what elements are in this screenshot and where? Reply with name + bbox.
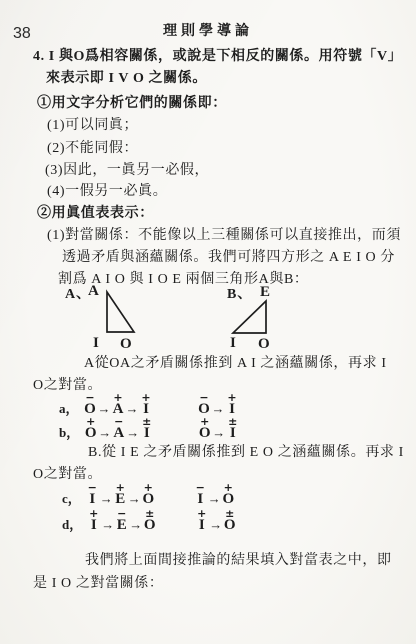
closing-line-2: 是 I O 之對當關係： [33, 574, 163, 593]
truth-term: ±O [223, 510, 236, 533]
truth-term: +I [195, 510, 208, 533]
derivation-b-intro-1: B.從 I E 之矛盾關係推到 E O 之涵蘊關係。再求 I [88, 443, 404, 462]
derivation-row-a: a， −O → +A → +I −O → +I [59, 394, 239, 417]
analysis-item-1: (1)可以同眞； [47, 116, 138, 135]
term-letter: O [199, 425, 211, 441]
term-letter: I [89, 491, 95, 507]
term-letter: I [144, 425, 150, 441]
truth-value-mark: − [196, 484, 205, 491]
triangle-a-left-label: I [93, 335, 99, 351]
term-letter: E [115, 491, 125, 507]
truth-term: ±O [143, 510, 156, 533]
truth-term: +E [114, 484, 127, 507]
arrow-icon: → [209, 517, 222, 533]
triangle-a-apex-label: A [88, 283, 99, 299]
term-letter: O [142, 491, 154, 507]
derivation-row-label: b， [59, 424, 79, 441]
analysis-item-4: (4)一假另一必眞。 [47, 182, 167, 201]
truth-term: ±I [226, 418, 239, 441]
truth-value-mark: ± [228, 418, 237, 425]
derivation-result: +I → ±O [195, 510, 236, 533]
term-letter: I [91, 517, 97, 533]
derivation-row-label: d， [62, 516, 82, 533]
truth-table-heading: ②用眞值表表示： [37, 204, 154, 223]
truth-term: +O [84, 418, 97, 441]
truth-value-mark: + [89, 510, 98, 517]
term-letter: A [113, 425, 124, 441]
arrow-icon: → [126, 425, 139, 441]
truth-value-mark: − [114, 418, 123, 425]
arrow-icon: → [128, 491, 141, 507]
truth-term: −O [84, 394, 97, 417]
derivation-result: +O → ±I [198, 418, 239, 441]
truth-term: ±I [140, 418, 153, 441]
term-letter: O [224, 517, 236, 533]
truth-value-mark: + [144, 484, 153, 491]
derivation-row-b: b， +O → −A → ±I +O → ±I [59, 418, 239, 441]
term-letter: I [197, 491, 203, 507]
running-header-title: 理則學導論 [0, 20, 416, 40]
truth-value-mark: + [113, 394, 122, 401]
arrow-icon: → [129, 517, 142, 533]
term-letter: E [117, 517, 127, 533]
derivation-result: −I → +O [194, 484, 235, 507]
opposition-line-1: (1)對當關係：不能像以上三種關係可以直接推出，而須 [47, 226, 401, 245]
truth-value-mark: + [116, 484, 125, 491]
arrow-icon: → [101, 517, 114, 533]
term-letter: O [85, 425, 97, 441]
triangle-b-shape [233, 301, 266, 333]
derivation-row-d: d， +I → −E → ±O +I → ±O [62, 510, 236, 533]
triangle-b-right-label: O [258, 336, 270, 352]
truth-value-mark: + [200, 418, 209, 425]
term-letter: O [144, 517, 156, 533]
arrow-icon: → [98, 425, 111, 441]
truth-term: −A [112, 418, 125, 441]
arrow-icon: → [100, 491, 113, 507]
intro-line-1: 4. I 與O爲相容關係，或說是下相反的關係。用符號「V」 [33, 47, 402, 66]
truth-value-mark: + [197, 510, 206, 517]
truth-value-mark: − [85, 394, 94, 401]
triangle-a-right-label: O [120, 336, 132, 352]
truth-value-mark: − [117, 510, 126, 517]
truth-term: −I [194, 484, 207, 507]
truth-value-mark: + [86, 418, 95, 425]
truth-value-mark: − [88, 484, 97, 491]
truth-term: +O [198, 418, 211, 441]
truth-term: −O [198, 394, 211, 417]
analysis-item-3: (3)因此，一眞另一必假， [45, 161, 209, 180]
term-letter: I [199, 517, 205, 533]
triangle-b-left-label: I [230, 335, 236, 351]
truth-value-mark: − [199, 394, 208, 401]
truth-value-mark: + [141, 394, 150, 401]
scanned-book-page: 38 理則學導論 4. I 與O爲相容關係，或說是下相反的關係。用符號「V」 來… [0, 0, 416, 644]
truth-value-mark: ± [145, 510, 154, 517]
derivation-row-label: c， [62, 490, 81, 507]
derivation-result: −O → +I [198, 394, 239, 417]
triangle-figure-aio: A I O [80, 278, 144, 352]
arrow-icon: → [212, 401, 225, 417]
arrow-icon: → [212, 425, 225, 441]
truth-term: +O [222, 484, 235, 507]
truth-term: −E [115, 510, 128, 533]
triangle-a-shape [107, 292, 134, 332]
truth-value-mark: ± [142, 418, 151, 425]
opposition-line-2: 透過矛盾與涵蘊關係。我們可將四方形之 A E I O 分 [62, 248, 395, 267]
analysis-heading: ①用文字分析它們的關係即： [37, 94, 227, 113]
truth-value-mark: + [224, 484, 233, 491]
term-letter: I [230, 425, 236, 441]
derivation-row-label: a， [59, 400, 79, 417]
truth-term: +I [87, 510, 100, 533]
truth-term: +I [140, 394, 153, 417]
derivation-a-intro-1: A從OA之矛盾關係推到 A I 之涵蘊關係，再求 I [84, 354, 387, 373]
arrow-icon: → [208, 491, 221, 507]
arrow-icon: → [98, 401, 111, 417]
truth-term: +O [142, 484, 155, 507]
derivation-row-c: c， −I → +E → +O −I → +O [62, 484, 235, 507]
intro-line-2: 來表示即 I V O 之關係。 [46, 69, 207, 88]
truth-term: +A [112, 394, 125, 417]
truth-value-mark: ± [225, 510, 234, 517]
triangle-figure-ioe: E I O [222, 278, 286, 352]
analysis-item-2: (2)不能同假： [47, 139, 138, 158]
truth-term: +I [226, 394, 239, 417]
truth-term: −I [86, 484, 99, 507]
closing-line-1: 我們將上面間接推論的結果填入對當表之中，即 [85, 551, 392, 570]
term-letter: O [222, 491, 234, 507]
arrow-icon: → [126, 401, 139, 417]
truth-value-mark: + [227, 394, 236, 401]
triangle-b-apex-label: E [260, 284, 270, 300]
